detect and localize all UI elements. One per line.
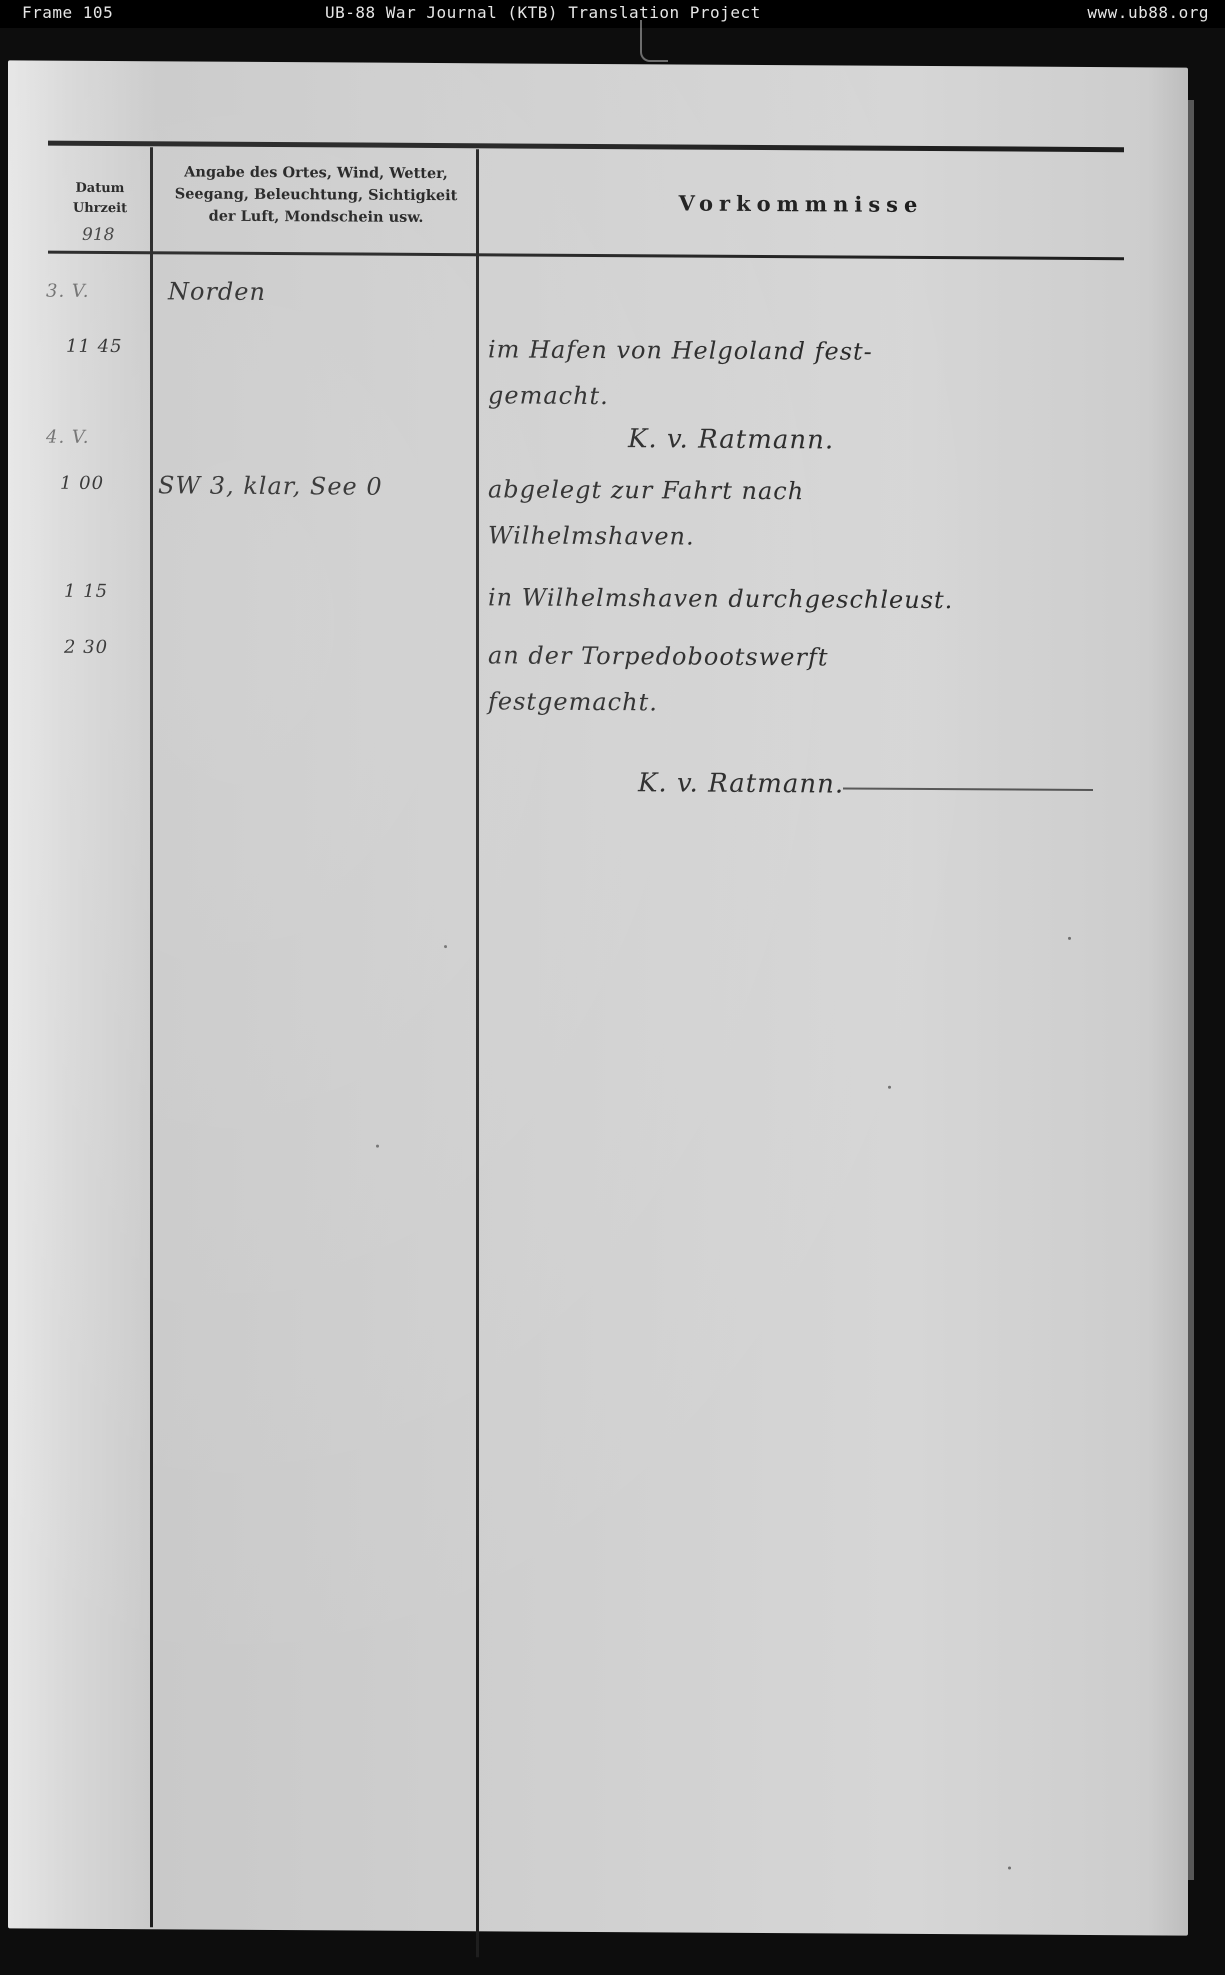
column-header-place-weather: Angabe des Ortes, Wind, Wetter, Seegang,… [158,161,474,229]
project-url: www.ub88.org [1087,3,1209,22]
entry-place: SW 3, klar, See 0 [158,471,383,500]
page-edge [1188,100,1194,1880]
place-column-divider [476,149,479,1957]
entry-date: 3. V. [46,281,89,302]
project-title: UB-88 War Journal (KTB) Translation Proj… [325,3,761,22]
entry-place: Norden [168,277,266,306]
header-top-rule [48,141,1124,153]
frame-number: Frame 105 [22,3,113,22]
entry-event-line: abgelegt zur Fahrt nach [488,475,804,505]
frame-banner: Frame 105 UB-88 War Journal (KTB) Transl… [0,0,1225,28]
column-header-date: Datum Uhrzeit [54,179,146,220]
year-annotation: 918 [82,225,114,245]
entry-event-line: in Wilhelmshaven durchgeschleust. [488,583,953,614]
entry-event-line: gemacht. [488,381,609,410]
entry-event-line: festgemacht. [488,687,658,716]
entry-event-line: an der Torpedobootswerft [488,641,828,671]
dust-speck [1068,937,1071,940]
entry-time: 11 45 [66,336,123,357]
entry-time: 1 15 [64,581,108,602]
column-header-events: Vorkommnisse [478,189,1124,218]
entry-event-line: Wilhelmshaven. [488,521,695,550]
dust-speck [376,1145,379,1148]
entry-date: 4. V. [46,427,89,448]
dust-speck [888,1086,891,1089]
commander-signature: K. v. Ratmann. [638,768,844,799]
signature-flourish [843,787,1093,791]
dust-speck [444,945,447,948]
entry-time: 2 30 [64,637,108,658]
stray-pen-mark [640,20,668,62]
journal-page: Datum Uhrzeit 918 Angabe des Ortes, Wind… [8,60,1188,1935]
commander-signature: K. v. Ratmann. [628,424,834,455]
header-bottom-rule [48,251,1124,261]
entry-time: 1 00 [60,473,104,494]
dust-speck [1008,1867,1011,1870]
entry-event-line: im Hafen von Helgoland fest- [488,335,873,365]
date-column-divider [150,147,153,1927]
